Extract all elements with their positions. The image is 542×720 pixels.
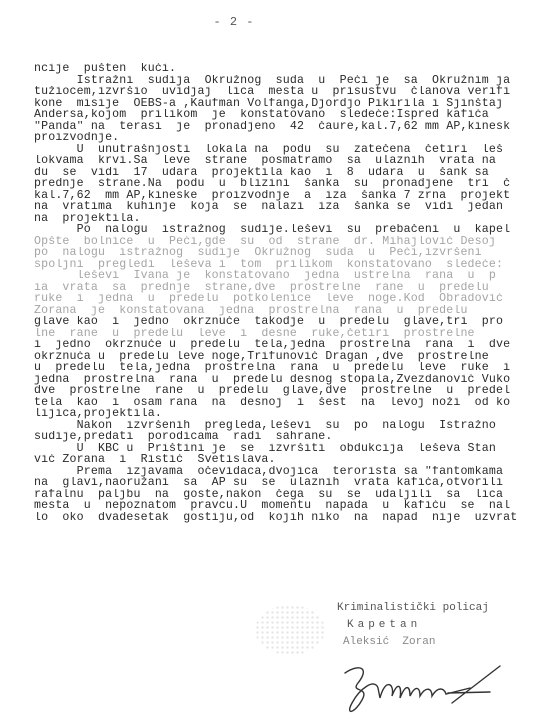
text-line: Zorana je konstatovana jedna prostrelna … xyxy=(34,305,542,317)
text-line: proizvodnje. xyxy=(34,132,542,144)
text-line: Istražni sudija Okružnog suda u Peći je … xyxy=(34,75,542,87)
text-line: i jedno okrznuće u predelu tela,jedna pr… xyxy=(34,339,542,351)
signatory-title: Kriminalistički policaj xyxy=(325,600,542,617)
signature-block: Kriminalistički policaj Kapetan Aleksić … xyxy=(325,600,542,651)
text-line: Opšte bolnice u Peći,gde su od strane dr… xyxy=(34,236,542,248)
page-number: - 2 - xyxy=(0,15,468,29)
signatory-name: Aleksić Zoran xyxy=(325,634,542,651)
text-line: du se vidi 17 udara projektila kao i 8 u… xyxy=(34,167,542,179)
text-line: ncije pušten kući. xyxy=(34,63,542,75)
text-line: tela kao i osam rana na desnoj i šest na… xyxy=(34,397,542,409)
text-line: Nakon izvršenih pregleda,leševi su po na… xyxy=(34,420,542,432)
text-line: Andersa,kojom prilikom je konstatovano s… xyxy=(34,109,542,121)
text-line: glave kao i jedno okrznuće takodje u pre… xyxy=(34,316,542,328)
document-body: ncije pušten kući. Istražni sudija Okruž… xyxy=(34,63,542,523)
text-line: lo oko dvadesetak gostiju,od kojih niko … xyxy=(34,512,542,524)
signatory-rank: Kapetan xyxy=(325,617,542,634)
text-line: kone misije OEBS-a ,Kaufman Volfanga,Djo… xyxy=(34,98,542,110)
text-line: dve prostrelne rane u predelu glave,dve … xyxy=(34,385,542,397)
text-line: kal.7,62 mm AP,kineske proizvodnje a iza… xyxy=(34,190,542,202)
text-line: ruke i jedna u predelu potkolenice leve … xyxy=(34,293,542,305)
text-line: tužiocem,izvršio uvidjaj lica mesta u pr… xyxy=(34,86,542,98)
text-line: vić Zorana i Ristić Svetislava. xyxy=(34,454,542,466)
text-line: lokvama krvi.Sa leve strane posmatramo s… xyxy=(34,155,542,167)
text-line: po nalogu istražnog sudije Okružnog suda… xyxy=(34,247,542,259)
text-line: spoljni pregledi leševa i tom prilikom k… xyxy=(34,259,542,271)
text-line: okrznuća u predelu leve noge,Trifunović … xyxy=(34,351,542,363)
text-line: Po nalogu istražnog sudije.leševi su pre… xyxy=(34,224,542,236)
text-line: Prema izjavama očevidaca,dvojica teroris… xyxy=(34,466,542,478)
text-line: na glavi,naoružani sa AP su se ulaznih v… xyxy=(34,477,542,489)
text-line: na vratima kuhinje koja se nalazi iza ša… xyxy=(34,201,542,213)
text-line: U unutrašnjosti lokala na podu su zateče… xyxy=(34,144,542,156)
text-line: ia vrata sa prednje strane,dve prostreln… xyxy=(34,282,542,294)
text-line: lne rane u predelu leve i desne ruke,čet… xyxy=(34,328,542,340)
text-line: jedna prostrelna rana u predelu desnog s… xyxy=(34,374,542,386)
text-line: u predelu tela,jedna prostrelna rana u p… xyxy=(34,362,542,374)
text-line: lijica,projektila. xyxy=(34,408,542,420)
text-line: mesta u nepoznatom pravcu.U momentu napa… xyxy=(34,500,542,512)
text-line: leševi Ivana je konstatovano jedna ustre… xyxy=(34,270,542,282)
text-line: sudije,predati porodicama radi sahrane. xyxy=(34,431,542,443)
text-line: prednje strane.Na podu u blizini šanka s… xyxy=(34,178,542,190)
text-line: "Panda" na terasi je pronadjeno 42 čaure… xyxy=(34,121,542,133)
handwritten-signature-icon xyxy=(340,658,510,718)
text-line: U KBC u Prištini je se izvršiti obdukcij… xyxy=(34,443,542,455)
text-line: na projektila. xyxy=(34,213,542,225)
stamp-mark xyxy=(255,605,325,655)
text-line: rafalnu paljbu na goste,nakon čega su se… xyxy=(34,489,542,501)
